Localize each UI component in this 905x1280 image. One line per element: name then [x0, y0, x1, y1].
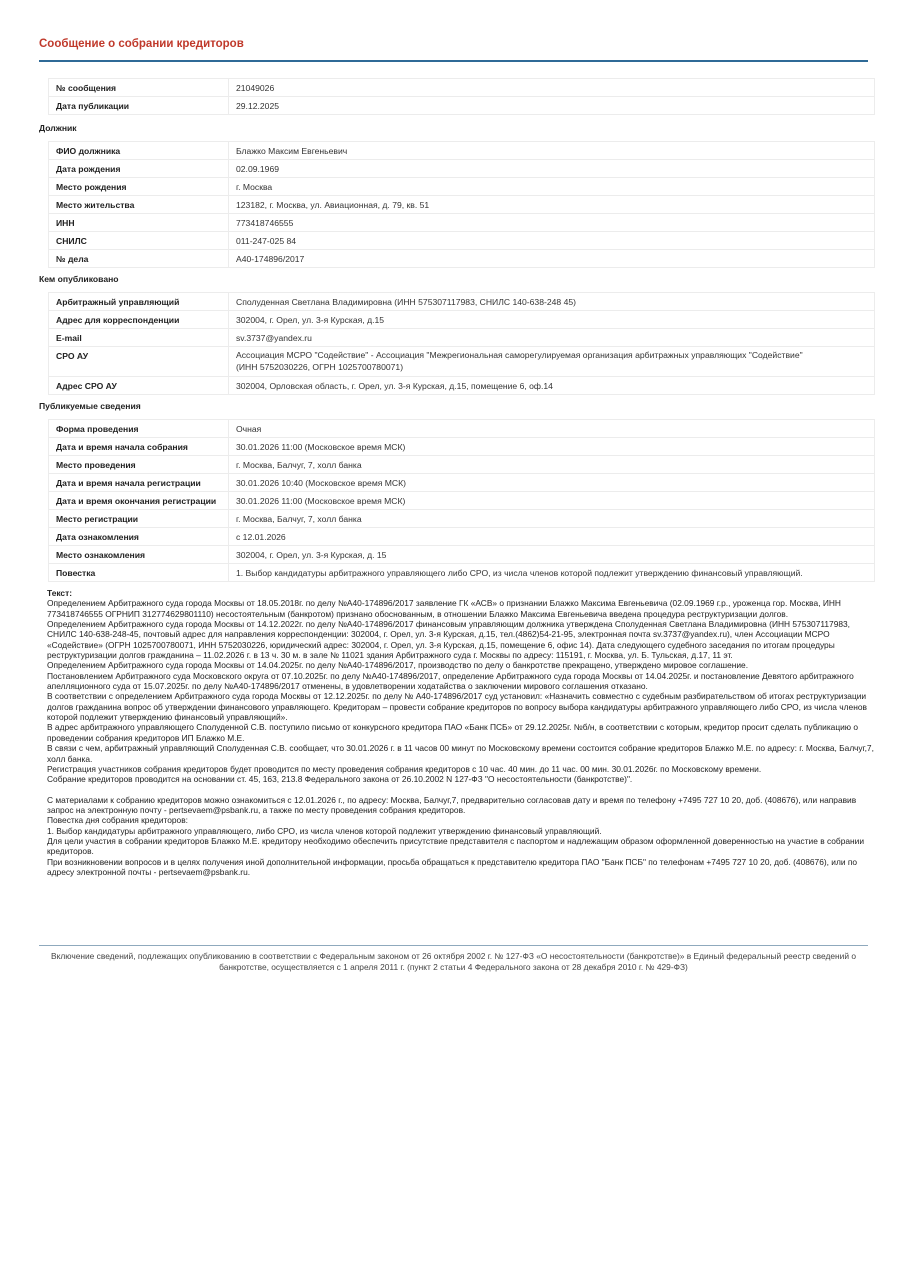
text-paragraph: Собрание кредиторов проводится на основа…	[47, 774, 877, 784]
text-paragraph: Для цели участия в собрании кредиторов Б…	[47, 836, 877, 857]
section-heading-publisher: Кем опубликовано	[39, 274, 119, 284]
table-row: Адрес СРО АУ302004, Орловская область, г…	[49, 377, 875, 395]
field-value: 302004, Орловская область, г. Орел, ул. …	[229, 377, 875, 395]
field-label: Дата и время начала собрания	[49, 438, 229, 456]
field-value: с 12.01.2026	[229, 528, 875, 546]
email-value: sv.3737@yandex.ru	[229, 329, 875, 347]
table-row: Место проведенияг. Москва, Балчуг, 7, хо…	[49, 456, 875, 474]
field-label: СРО АУ	[49, 347, 229, 377]
message-info-table: № сообщения21049026 Дата публикации29.12…	[48, 78, 875, 115]
table-row: Дата и время окончания регистрации30.01.…	[49, 492, 875, 510]
text-paragraph: 1. Выбор кандидатуры арбитражного управл…	[47, 826, 877, 836]
text-paragraph: В адрес арбитражного управляющего Сполуд…	[47, 722, 877, 743]
field-value: 123182, г. Москва, ул. Авиационная, д. 7…	[229, 196, 875, 214]
field-label: Место рождения	[49, 178, 229, 196]
field-label: Арбитражный управляющий	[49, 293, 229, 311]
text-paragraph: Определением Арбитражного суда города Мо…	[47, 660, 877, 670]
table-row: Место ознакомления302004, г. Орел, ул. 3…	[49, 546, 875, 564]
field-label: Место ознакомления	[49, 546, 229, 564]
field-label: Место проведения	[49, 456, 229, 474]
table-row: Дата ознакомленияс 12.01.2026	[49, 528, 875, 546]
field-value: 02.09.1969	[229, 160, 875, 178]
field-label: № дела	[49, 250, 229, 268]
table-row: Арбитражный управляющийСполуденная Светл…	[49, 293, 875, 311]
published-table: Форма проведенияОчная Дата и время начал…	[48, 419, 875, 582]
section-heading-debtor: Должник	[39, 123, 77, 133]
field-value: Сполуденная Светлана Владимировна (ИНН 5…	[229, 293, 875, 311]
section-heading-published: Публикуемые сведения	[39, 401, 141, 411]
field-value: 30.01.2026 11:00 (Московское время МСК)	[229, 492, 875, 510]
field-value: 302004, г. Орел, ул. 3-я Курская, д.15	[229, 311, 875, 329]
table-row: Дата и время начала собрания30.01.2026 1…	[49, 438, 875, 456]
title-divider	[39, 60, 868, 62]
field-label: Место жительства	[49, 196, 229, 214]
field-label: СНИЛС	[49, 232, 229, 250]
table-row: СРО АУАссоциация МСРО "Содействие" - Асс…	[49, 347, 875, 377]
field-value: Ассоциация МСРО "Содействие" - Ассоциаци…	[229, 347, 875, 377]
field-label: Место регистрации	[49, 510, 229, 528]
table-row: Место жительства123182, г. Москва, ул. А…	[49, 196, 875, 214]
text-paragraph: В соответствии с определением Арбитражно…	[47, 691, 877, 722]
text-paragraph: Определением Арбитражного суда города Мо…	[47, 619, 877, 660]
field-value: 011-247-025 84	[229, 232, 875, 250]
field-label: № сообщения	[49, 79, 229, 97]
text-paragraph: В связи с чем, арбитражный управляющий С…	[47, 743, 877, 764]
field-label: ИНН	[49, 214, 229, 232]
field-value: г. Москва	[229, 178, 875, 196]
table-row: Дата и время начала регистрации30.01.202…	[49, 474, 875, 492]
field-value: г. Москва, Балчуг, 7, холл банка	[229, 510, 875, 528]
field-label: Дата ознакомления	[49, 528, 229, 546]
message-text: Текст: Определением Арбитражного суда го…	[47, 588, 877, 877]
text-label: Текст:	[47, 588, 877, 598]
debtor-table: ФИО должникаБлажко Максим Евгеньевич Дат…	[48, 141, 875, 268]
table-row: Форма проведенияОчная	[49, 420, 875, 438]
field-label: E-mail	[49, 329, 229, 347]
field-label: Дата и время начала регистрации	[49, 474, 229, 492]
field-label: Форма проведения	[49, 420, 229, 438]
agenda-value: 1. Выбор кандидатуры арбитражного управл…	[229, 564, 875, 582]
footer-note: Включение сведений, подлежащих опубликов…	[39, 951, 868, 973]
table-row: Место рожденияг. Москва	[49, 178, 875, 196]
text-paragraph: При возникновении вопросов и в целях пол…	[47, 857, 877, 878]
table-row: Дата рождения02.09.1969	[49, 160, 875, 178]
text-paragraph: Повестка дня собрания кредиторов:	[47, 815, 877, 825]
text-paragraphs: Определением Арбитражного суда города Мо…	[47, 598, 877, 784]
footer-divider	[39, 945, 868, 946]
table-row: № сообщения21049026	[49, 79, 875, 97]
sro-ids: (ИНН 5752030226, ОГРН 1025700780071)	[236, 362, 867, 374]
table-row: ИНН773418746555	[49, 214, 875, 232]
table-row: Адрес для корреспонденции302004, г. Орел…	[49, 311, 875, 329]
table-row: СНИЛС011-247-025 84	[49, 232, 875, 250]
publisher-table: Арбитражный управляющийСполуденная Светл…	[48, 292, 875, 395]
field-value: 30.01.2026 10:40 (Московское время МСК)	[229, 474, 875, 492]
field-label: Дата публикации	[49, 97, 229, 115]
text-paragraph: С материалами к собранию кредиторов можн…	[47, 795, 877, 816]
table-row: ФИО должникаБлажко Максим Евгеньевич	[49, 142, 875, 160]
field-label: Дата и время окончания регистрации	[49, 492, 229, 510]
field-label: ФИО должника	[49, 142, 229, 160]
table-row: № делаА40-174896/2017	[49, 250, 875, 268]
message-number: 21049026	[229, 79, 875, 97]
table-row: Место регистрацииг. Москва, Балчуг, 7, х…	[49, 510, 875, 528]
field-value: А40-174896/2017	[229, 250, 875, 268]
text-paragraph: Регистрация участников собрания кредитор…	[47, 764, 877, 774]
text-paragraph: Постановлением Арбитражного суда Московс…	[47, 671, 877, 692]
field-value: Очная	[229, 420, 875, 438]
table-row: Дата публикации29.12.2025	[49, 97, 875, 115]
table-row: E-mailsv.3737@yandex.ru	[49, 329, 875, 347]
field-label: Адрес для корреспонденции	[49, 311, 229, 329]
text-paragraph: Определением Арбитражного суда города Мо…	[47, 598, 877, 619]
sro-name: Ассоциация МСРО "Содействие" - Ассоциаци…	[236, 350, 867, 362]
field-label: Повестка	[49, 564, 229, 582]
field-label: Дата рождения	[49, 160, 229, 178]
field-value: г. Москва, Балчуг, 7, холл банка	[229, 456, 875, 474]
field-label: Адрес СРО АУ	[49, 377, 229, 395]
field-value: 302004, г. Орел, ул. 3-я Курская, д. 15	[229, 546, 875, 564]
field-value: 30.01.2026 11:00 (Московское время МСК)	[229, 438, 875, 456]
field-value: Блажко Максим Евгеньевич	[229, 142, 875, 160]
page-title: Сообщение о собрании кредиторов	[39, 38, 244, 50]
publication-date: 29.12.2025	[229, 97, 875, 115]
table-row: Повестка1. Выбор кандидатуры арбитражног…	[49, 564, 875, 582]
field-value: 773418746555	[229, 214, 875, 232]
text-paragraphs-materials: С материалами к собранию кредиторов можн…	[47, 795, 877, 878]
